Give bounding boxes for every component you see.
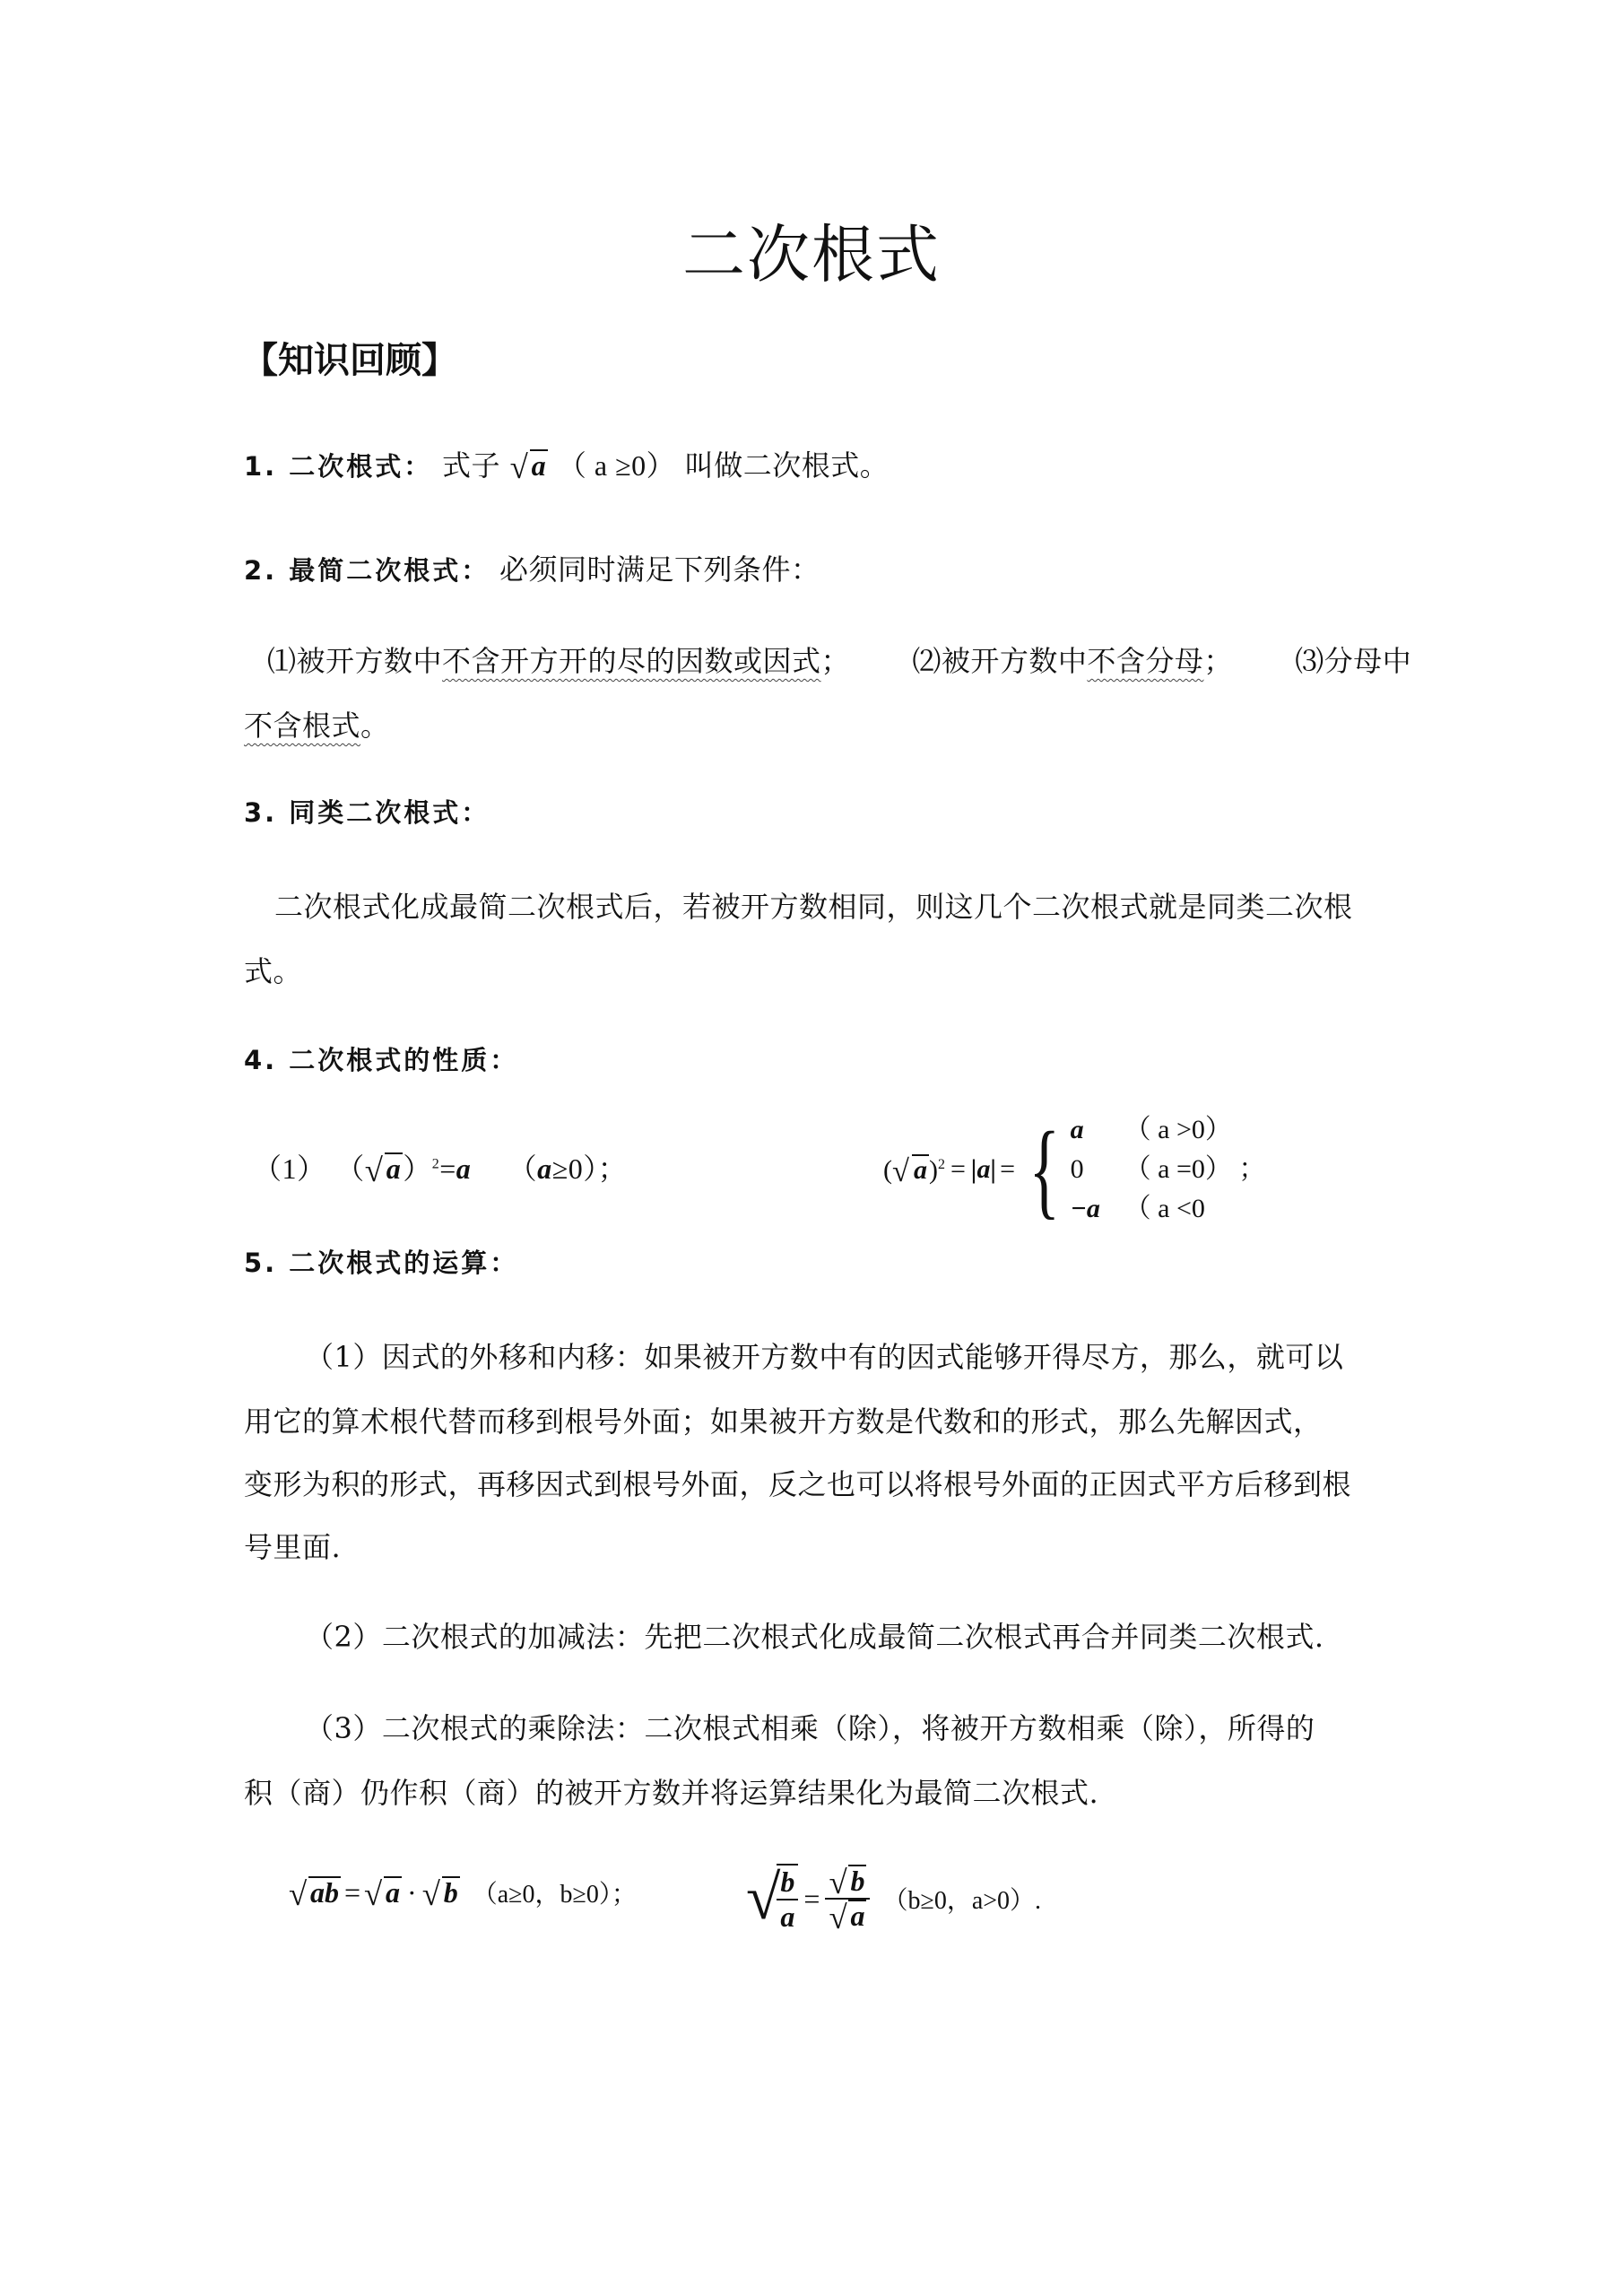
item-5: 5. 二次根式的运算：: [244, 1243, 518, 1280]
rule-2: （2）二次根式的加减法：先把二次根式化成最简二次根式再合并同类二次根式.: [305, 1614, 1324, 1656]
item-3-body-line2: 式。: [244, 949, 302, 990]
item-3: 3. 同类二次根式：: [244, 793, 490, 830]
property-1: （1） （√a）2=a （a≥0）；: [253, 1146, 627, 1187]
condition-1: ⑴被开方数中不含开方开的尽的因数或因式；: [267, 644, 850, 678]
formula-quotient: √ ba = √b √a （b≥0，a>0）.: [746, 1864, 1041, 1934]
condition-2: ⑵被开方数中不含分母；: [912, 644, 1233, 678]
item-1-text-before: 式子: [442, 448, 500, 483]
item-2-conditions-line1: ⑴被开方数中不含开方开的尽的因数或因式； ⑵被开方数中不含分母； ⑶分母中: [267, 639, 1411, 680]
item-2-text: 必须同时满足下列条件：: [499, 552, 820, 587]
item-2-conditions-line2: 不含根式。: [244, 703, 390, 744]
rule-1-line1: （1）因式的外移和内移：如果被开方数中有的因式能够开得尽方，那么，就可以: [305, 1335, 1343, 1376]
sqrt-a: √a: [510, 449, 549, 483]
item-3-body-line1: 二次根式化成最简二次根式后，若被开方数相同，则这几个二次根式就是同类二次根: [274, 884, 1353, 926]
rule-3-line1: （3）二次根式的乘除法：二次根式相乘（除），将被开方数相乘（除），所得的: [305, 1706, 1315, 1747]
item-1-condition: （ a ≥0）: [558, 449, 675, 482]
item-1-heading: 1. 二次根式：: [244, 451, 432, 482]
item-3-heading: 3. 同类二次根式：: [244, 797, 490, 828]
formula-product: √ab = √a · √b （a≥0，b≥0）；: [289, 1874, 637, 1910]
item-1-text-after: 叫做二次根式。: [685, 448, 890, 483]
page-title: 二次根式: [0, 204, 1623, 295]
item-4-heading: 4. 二次根式的性质：: [244, 1045, 518, 1075]
item-2-heading: 2. 最简二次根式：: [244, 555, 490, 586]
property-2: (√a)2 = |a| = { a（ a >0） 0（ a =0） ； −a（ …: [883, 1110, 1265, 1229]
condition-3-start: ⑶分母中: [1295, 644, 1411, 678]
section-heading: 【知识回顾】: [242, 332, 457, 383]
piecewise-cases: a（ a >0） 0（ a =0） ； −a（ a <0: [1071, 1110, 1266, 1229]
condition-3-underlined: 不含根式: [244, 709, 360, 743]
item-5-heading: 5. 二次根式的运算：: [244, 1248, 518, 1278]
rule-1-line2: 用它的算术根代替而移到根号外面；如果被开方数是代数和的形式，那么先解因式，: [244, 1399, 1323, 1440]
rule-1-line3: 变形为积的形式，再移因式到根号外面，反之也可以将根号外面的正因式平方后移到根: [244, 1462, 1351, 1503]
item-2: 2. 最简二次根式： 必须同时满足下列条件：: [244, 547, 820, 588]
rule-3-line2: 积（商）仍作积（商）的被开方数并将运算结果化为最简二次根式.: [244, 1770, 1098, 1812]
rule-1-line4: 号里面.: [244, 1525, 341, 1566]
item-1: 1. 二次根式： 式子 √a （ a ≥0） 叫做二次根式。: [244, 443, 889, 484]
item-4: 4. 二次根式的性质：: [244, 1040, 518, 1077]
